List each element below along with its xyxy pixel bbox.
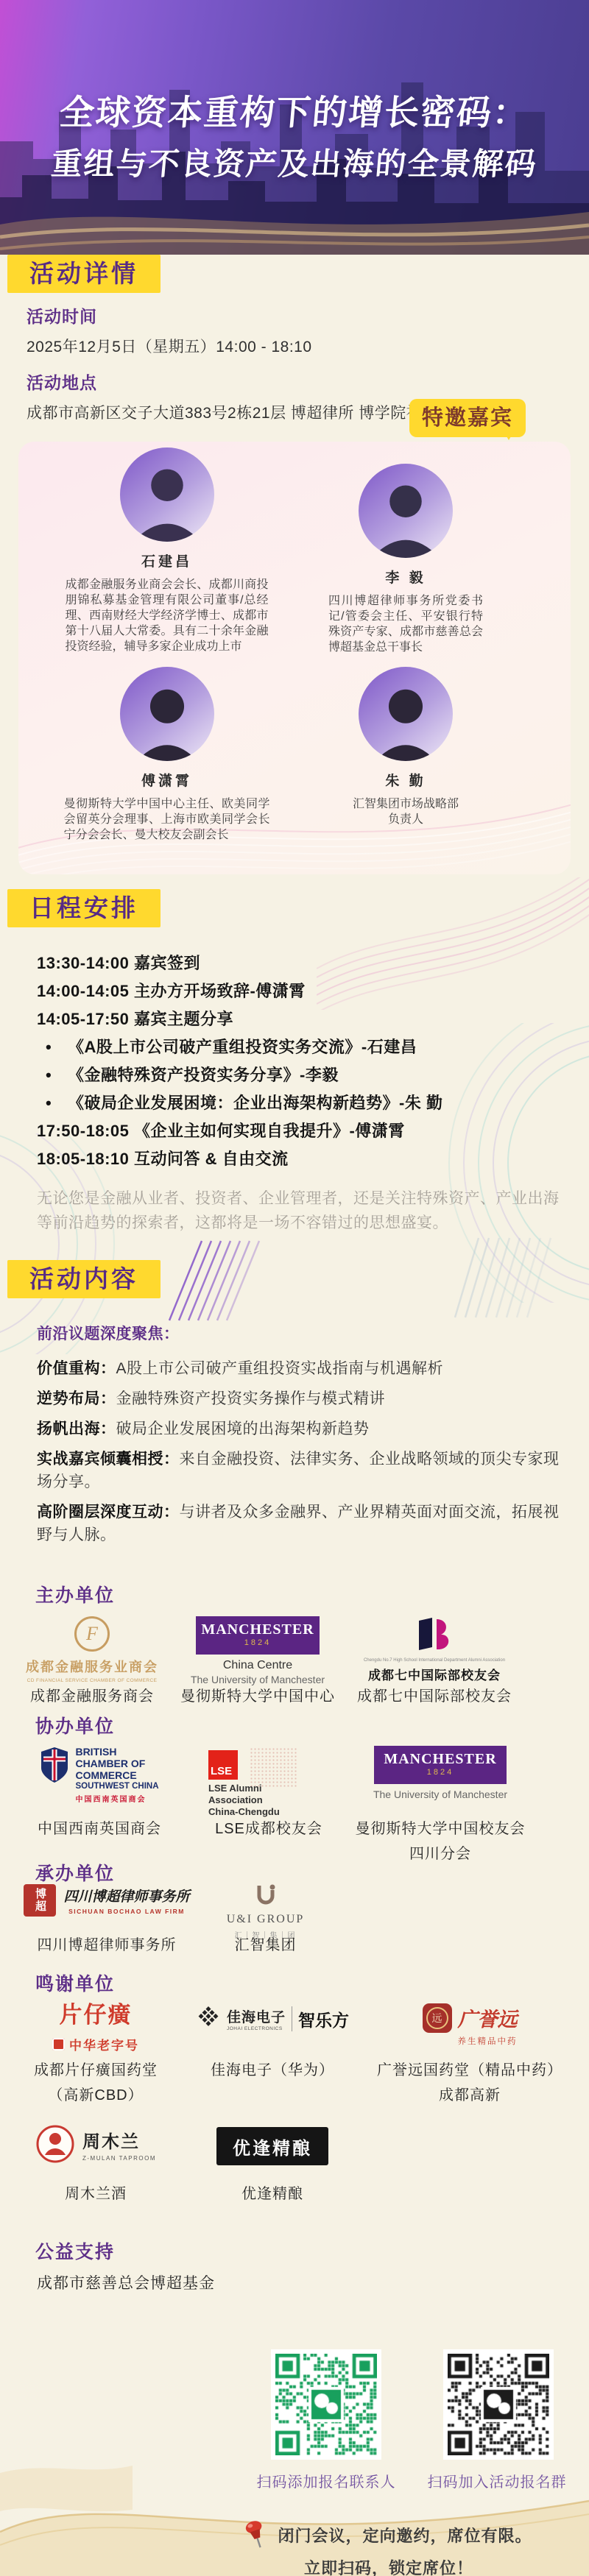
qr-caption-group: 扫码加入活动报名群 xyxy=(412,2470,582,2491)
undertaker-caption: 汇智集团 xyxy=(183,1933,348,1954)
section-badge-content: 活动内容 xyxy=(7,1260,161,1298)
speaker-card: 石建昌 成都金融服务业商会会长、成都川商投朋锦私募基金管理有限公司董事/总经理、… xyxy=(29,447,305,654)
logo-zmulan: 周木兰 Z-MULAN TAPROOM 周木兰酒 xyxy=(11,2120,180,2164)
youfeng-logo-box: 优逢精酿 xyxy=(216,2127,328,2165)
person-silhouette-icon xyxy=(359,464,453,558)
logo-johai: 佳海电子 JOHAI ELECTRONICS 智乐方 佳海电子（华为） xyxy=(180,1996,364,2031)
content-item: 扬帆出海：破局企业发展困境的出海架构新趋势 xyxy=(37,1418,564,1440)
cfsc-monogram-icon: F xyxy=(74,1616,110,1652)
schedule-item: 18:05-18:10 互动问答 & 自由交流 xyxy=(37,1151,567,1167)
speaker-name: 石建昌 xyxy=(29,551,305,570)
thanks-heading: 鸣谢单位 xyxy=(35,1970,115,1996)
qr-code-group xyxy=(443,2349,554,2460)
speaker-avatar xyxy=(359,667,453,761)
charity-text: 成都市慈善总会博超基金 xyxy=(37,2271,215,2293)
logo-manchester-china-centre: MANCHESTER 1824 China Centre The Univers… xyxy=(180,1616,335,1685)
person-silhouette-icon xyxy=(359,667,453,761)
thanks-caption-line2: 成都高新 xyxy=(352,2083,588,2104)
location-label: 活动地点 xyxy=(27,369,564,394)
charity-heading: 公益支持 xyxy=(35,2237,115,2264)
thanks-caption-line2: （高新CBD） xyxy=(0,2083,195,2104)
undertaker-caption: 四川博超律师事务所 xyxy=(7,1933,206,1954)
schedule-bullet-item: • 《破局企业发展困境：企业出海架构新趋势》-朱 勤 xyxy=(37,1095,567,1111)
speaker-avatar xyxy=(120,667,214,761)
header-banner: 全球资本重构下的增长密码： 重组与不良资产及出海的全景解码 xyxy=(0,0,589,255)
bullet-icon: • xyxy=(46,1039,68,1055)
lse-box-icon: LSE xyxy=(208,1750,238,1780)
section-badge-schedule: 日程安排 xyxy=(7,889,161,927)
red-seal-icon xyxy=(52,2038,65,2050)
person-silhouette-icon xyxy=(120,667,214,761)
bullet-icon: • xyxy=(46,1067,68,1083)
host-caption: 成都七中国际部校友会 xyxy=(331,1684,537,1705)
thanks-caption: 佳海电子（华为） xyxy=(166,2058,379,2079)
red-seal-icon: 博超 xyxy=(24,1884,56,1917)
time-value: 2025年12月5日（星期五）14:00 - 18:10 xyxy=(27,335,564,357)
speaker-card: 傅潇霄 曼彻斯特大学中国中心主任、欧美同学会留英分会理事、上海市欧美同学会长宁分… xyxy=(29,667,305,843)
manchester-logo-box: MANCHESTER 1824 xyxy=(374,1746,507,1784)
logo-chengdu-financial-chamber: F 成都金融服务业商会 CD FINANCIAL SERVICE CHAMBER… xyxy=(11,1616,173,1683)
union-shield-icon xyxy=(40,1746,69,1784)
red-seal-icon: 远 xyxy=(423,2003,452,2033)
qr-code-contact xyxy=(271,2349,381,2460)
content-block: 前沿议题深度聚焦： 价值重构：A股上市公司破产重组投资实战指南与机遇解析 逆势布… xyxy=(37,1322,564,1554)
qr-caption-contact: 扫码添加报名联系人 xyxy=(241,2470,411,2491)
undertakers-heading: 承办单位 xyxy=(35,1859,115,1886)
speaker-card: 朱 勤 汇智集团市场战略部负责人 xyxy=(281,667,531,827)
logo-lse-alumni: LSE LSE Alumni Association China-Chengdu… xyxy=(188,1746,350,1814)
logo-british-chamber: BRITISH CHAMBER OF COMMERCE SOUTHWEST CH… xyxy=(11,1746,188,1804)
logo-youfeng-brew: 优逢精酿 优逢精酿 xyxy=(180,2120,364,2165)
logo-pianzaihuang: 片仔癀 中华老字号 成都片仔癀国药堂 （高新CBD） xyxy=(11,1996,180,2053)
content-focus-title: 前沿议题深度聚焦： xyxy=(37,1322,564,1344)
bullet-icon: • xyxy=(46,1095,68,1111)
thanks-caption: 广誉远国药堂（精品中药） xyxy=(352,2058,588,2079)
content-item: 高阶圈层深度互动：与讲者及众多金融界、产业界精英面对面交流，拓展视野与人脉。 xyxy=(37,1501,564,1546)
content-item: 逆势布局：金融特殊资产投资实务操作与模式精讲 xyxy=(37,1387,564,1410)
speaker-bio: 成都金融服务业商会会长、成都川商投朋锦私募基金管理有限公司董事/总经理、西南财经… xyxy=(66,577,269,654)
event-poster: 全球资本重构下的增长密码： 重组与不良资产及出海的全景解码 活动详情 活动时间 … xyxy=(0,0,589,2576)
qizhong-mark-icon xyxy=(413,1616,456,1652)
speaker-name: 傅潇霄 xyxy=(29,770,305,790)
manchester-logo-box: MANCHESTER 1824 xyxy=(196,1616,320,1655)
schedule-item: 13:30-14:00 嘉宾签到 xyxy=(37,955,567,972)
zmulan-emblem-icon xyxy=(35,2124,75,2164)
schedule-bullet-item: • 《A股上市公司破产重组投资实务交流》-石建昌 xyxy=(37,1039,567,1055)
speaker-bio: 曼彻斯特大学中国中心主任、欧美同学会留英分会理事、上海市欧美同学会长宁分会会长、… xyxy=(64,796,270,843)
ui-group-mark-icon xyxy=(253,1884,278,1906)
qr-code-group-canvas xyxy=(448,2354,549,2455)
speaker-avatar xyxy=(120,447,214,542)
speaker-bio: 汇智集团市场战略部负责人 xyxy=(350,796,461,827)
thanks-caption: 优逢精酿 xyxy=(166,2182,379,2203)
speaker-name: 朱 勤 xyxy=(281,770,531,790)
time-label: 活动时间 xyxy=(27,303,564,328)
logo-qizhong-alumni: Chengdu No.7 High School International D… xyxy=(346,1616,523,1683)
diamond-dots-icon xyxy=(196,2006,221,2031)
speaker-avatar xyxy=(359,464,453,558)
speaker-name: 李 毅 xyxy=(281,567,531,587)
guests-card: 石建昌 成都金融服务业商会会长、成都川商投朋锦私募基金管理有限公司董事/总经理、… xyxy=(18,442,571,874)
divider xyxy=(292,2006,292,2031)
section-badge-guests: 特邀嘉宾 xyxy=(409,399,526,437)
speaker-bio: 四川博超律师事务所党委书记/管委会主任、平安银行特殊资产专家、成都市慈善总会博超… xyxy=(328,593,483,655)
footer-note: 闭门会议，定向邀约，席位有限。 立即扫码，锁定席位！ xyxy=(168,2520,589,2576)
person-silhouette-icon xyxy=(120,447,214,542)
host-caption: 成都金融服务商会 xyxy=(0,1684,188,1705)
qr-code-contact-canvas xyxy=(275,2354,377,2455)
footer-line1: 闭门会议，定向邀约，席位有限。 xyxy=(278,2524,532,2547)
section-badge-details: 活动详情 xyxy=(7,255,161,293)
schedule-item: 14:00-14:05 主办方开场致辞-傅潇霄 xyxy=(37,983,567,999)
logo-ui-group: U&I GROUP 汇｜智｜集｜团 汇智集团 xyxy=(197,1884,334,1940)
logo-guangyuyuan: 远 广誉远 养生精品中药 广誉远国药堂（精品中药） 成都高新 xyxy=(367,1996,573,2047)
logo-bochao-law-firm: 博超 四川博超律师事务所 SICHUAN BOCHAO LAW FIRM 四川博… xyxy=(22,1884,191,1917)
diagonal-hatch-decoration xyxy=(449,1235,589,1323)
speaker-card: 李 毅 四川博超律师事务所党委书记/管委会主任、平安银行特殊资产专家、成都市慈善… xyxy=(281,464,531,655)
poster-title-line1: 全球资本重构下的增长密码： xyxy=(0,85,589,135)
footer-line2: 立即扫码，锁定席位！ xyxy=(168,2556,589,2576)
poster-title-line2: 重组与不良资产及出海的全景解码 xyxy=(0,140,589,184)
schedule-item: 17:50-18:05 《企业主如何实现自我提升》-傅潇霄 xyxy=(37,1123,567,1139)
diagonal-hatch-decoration xyxy=(163,1238,267,1326)
content-item: 实战嘉宾倾囊相授：来自金融投资、法律实务、企业战略领域的顶尖专家现场分享。 xyxy=(37,1448,564,1493)
hosts-heading: 主办单位 xyxy=(35,1581,115,1607)
co-org-caption-line2: 四川分会 xyxy=(330,1841,551,1863)
schedule-item: 14:05-17:50 嘉宾主题分享 xyxy=(37,1011,567,1027)
co-org-caption: 曼彻斯特大学中国校友会 xyxy=(330,1816,551,1838)
schedule-list: 13:30-14:00 嘉宾签到 14:00-14:05 主办方开场致辞-傅潇霄… xyxy=(37,955,567,1179)
schedule-bullet-item: • 《金融特殊资产投资实务分享》-李毅 xyxy=(37,1067,567,1083)
logo-manchester-university: MANCHESTER 1824 The University of Manche… xyxy=(345,1746,536,1800)
audience-note: 无论您是金融从业者、投资者、企业管理者，还是关注特殊资产、产业出海等前沿趋势的探… xyxy=(37,1186,564,1235)
co-organizers-heading: 协办单位 xyxy=(35,1712,115,1738)
pushpin-icon xyxy=(241,2517,272,2552)
host-caption: 曼彻斯特大学中国中心 xyxy=(166,1684,350,1705)
co-org-caption: 中国西南英国商会 xyxy=(0,1816,202,1838)
content-item: 价值重构：A股上市公司破产重组投资实战指南与机遇解析 xyxy=(37,1357,564,1380)
